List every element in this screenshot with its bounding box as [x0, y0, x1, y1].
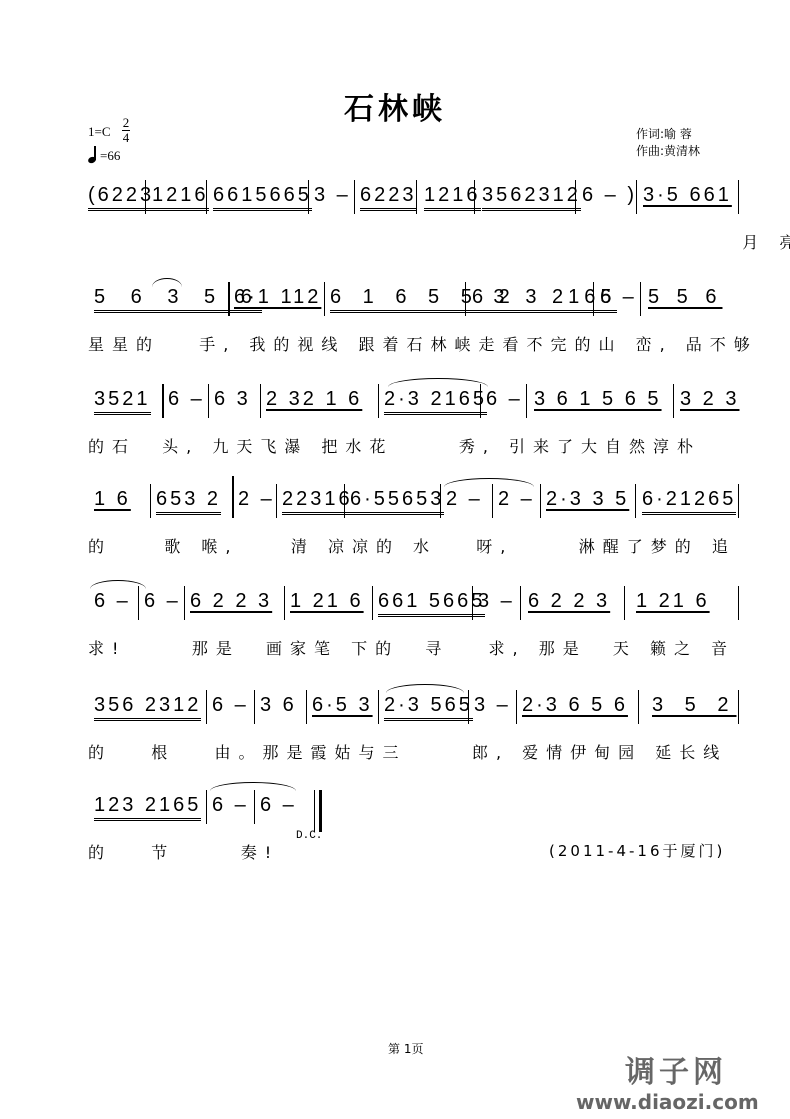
- measure: 1216: [424, 184, 481, 211]
- barline: [138, 586, 139, 620]
- measure: 123 2165: [94, 794, 201, 821]
- measure: 6 2 3 2165: [472, 286, 617, 313]
- time-signature: 2 4: [122, 116, 130, 145]
- barline: [308, 180, 309, 214]
- barline: [465, 282, 466, 316]
- barline: [640, 282, 641, 316]
- barline: [738, 690, 739, 724]
- measure: 3 6: [260, 694, 297, 717]
- measure: 3 –: [314, 184, 351, 207]
- tempo-value: =66: [100, 148, 120, 164]
- measure: 3 –: [474, 694, 511, 717]
- measure: 3562312: [482, 184, 581, 211]
- barline: [593, 282, 594, 316]
- measure: 2·3 3 5: [546, 488, 629, 511]
- lyrics-line: 的 歌 喉, 清 凉凉的 水 呀, 淋醒了梦的 追: [88, 534, 748, 557]
- measure: 2 –: [446, 488, 483, 511]
- barline: [344, 484, 345, 518]
- measure: 22316: [282, 488, 353, 515]
- measure: 2·3 2165: [384, 388, 487, 415]
- quarter-note-icon: [88, 146, 98, 164]
- tempo-marking: =66: [88, 146, 120, 164]
- barline: [575, 180, 576, 214]
- measure: 6·1 112: [234, 286, 321, 309]
- barline: [260, 384, 261, 418]
- barline: [540, 484, 541, 518]
- measure: 3 6 1 5 6 5: [534, 388, 662, 411]
- key-signature: 1=C: [88, 124, 111, 140]
- watermark-url: www.diaozi.com: [576, 1090, 759, 1114]
- lyrics-line: 月 亮 牵 着: [88, 230, 748, 253]
- notes-line: 1 6 653 2 2 – 22316 6·55653 2 – 2 – 2·3 …: [88, 484, 748, 524]
- measure: 1 21 6: [290, 590, 364, 613]
- lyrics-line: 的 根 由。那是霞姑与三 郎, 爱情伊甸园 延长线: [88, 740, 748, 763]
- measure: 6 –: [94, 590, 131, 613]
- final-barline: [314, 790, 322, 832]
- measure: 6·55653: [350, 488, 444, 515]
- measure: 2 32 1 6: [266, 388, 362, 411]
- barline: [378, 690, 379, 724]
- barline: [440, 484, 441, 518]
- measure: 6·5 3: [312, 694, 373, 717]
- measure: 6 3: [214, 388, 251, 411]
- measure: 6615665: [213, 184, 312, 211]
- measure: 6·21265: [642, 488, 736, 515]
- barline: [638, 690, 639, 724]
- slur: [386, 684, 464, 693]
- barline: [516, 690, 517, 724]
- slur: [388, 378, 488, 387]
- barline: [480, 384, 481, 418]
- barline: [228, 282, 230, 316]
- measure: 1 6: [94, 488, 131, 511]
- notes-line: 123 2165 6 – 6 – D.C.: [88, 790, 748, 830]
- barline: [472, 586, 473, 620]
- measure: 6 –: [144, 590, 181, 613]
- page-number: 第 1页: [388, 1040, 423, 1057]
- lyrics-line: 求! 那是 画家笔 下的 寻 求, 那是 天 籁之 音: [88, 636, 748, 659]
- measure: 356 2312: [94, 694, 201, 721]
- barline: [145, 180, 146, 214]
- watermark-logo: 调子网: [625, 1047, 727, 1091]
- composer: 作曲:黄清林: [636, 143, 700, 160]
- measure: 3 5 2: [652, 694, 736, 717]
- notes-line: 6 – 6 – 6 2 2 3 1 21 6 661 5665 3 – 6 2 …: [88, 586, 748, 626]
- notes-line: 5 6 3 5 6 6·1 112 6 1 6 5 5 3 6 2 3 2165…: [88, 282, 748, 322]
- measure: 3 –: [478, 590, 515, 613]
- time-signature-top: 2: [123, 116, 130, 130]
- notes-line: (6223 1216 6615665 3 – 6223 1216 3562312…: [88, 180, 748, 220]
- notes-line: 356 2312 6 – 3 6 6·5 3 2·3 565 3 – 2·3 6…: [88, 690, 748, 730]
- barline: [738, 180, 739, 214]
- barline: [232, 476, 234, 518]
- barline: [150, 484, 151, 518]
- barline: [636, 180, 637, 214]
- measure: 5 5 6: [648, 286, 722, 309]
- barline: [624, 586, 625, 620]
- measure: 3·5 661: [643, 184, 732, 207]
- measure: 6 –: [212, 794, 249, 817]
- measure: 6 –: [486, 388, 523, 411]
- measure: 2·3 6 5 6: [522, 694, 628, 717]
- measure: 2 –: [498, 488, 535, 511]
- barline: [378, 384, 379, 418]
- measure: 6 –: [600, 286, 637, 309]
- measure: 6 –: [212, 694, 249, 717]
- date-note: (2011-4-16于厦门): [549, 840, 725, 861]
- barline: [276, 484, 277, 518]
- barline: [208, 384, 209, 418]
- slur: [444, 478, 534, 487]
- barline: [324, 282, 325, 316]
- barline: [206, 790, 207, 824]
- barline: [738, 484, 739, 518]
- barline: [492, 484, 493, 518]
- measure: 3 2 3: [680, 388, 739, 411]
- barline: [354, 180, 355, 214]
- measure: 1 21 6: [636, 590, 710, 613]
- lyrics-line: 的石 头, 九天飞瀑 把水花 秀, 引来了大自然淳朴: [88, 434, 748, 457]
- barline: [284, 586, 285, 620]
- measure: 6 2 2 3: [528, 590, 610, 613]
- barline: [254, 790, 255, 824]
- barline: [474, 180, 475, 214]
- barline: [184, 586, 185, 620]
- measure: 3521: [94, 388, 151, 415]
- barline: [254, 690, 255, 724]
- barline: [306, 690, 307, 724]
- credits: 作词:喻 蓉 作曲:黄清林: [636, 126, 700, 160]
- measure: 661 5665: [378, 590, 485, 617]
- barline: [206, 180, 207, 214]
- barline: [673, 384, 674, 418]
- measure: 2 –: [238, 488, 275, 511]
- barline: [416, 180, 417, 214]
- barline: [372, 586, 373, 620]
- measure: 1216: [152, 184, 209, 211]
- barline: [635, 484, 636, 518]
- measure: 6 –: [168, 388, 205, 411]
- measure: 653 2: [156, 488, 221, 515]
- song-title: 石林峡: [0, 84, 790, 128]
- slur: [210, 782, 296, 791]
- barline: [526, 384, 527, 418]
- measure: 6 –: [260, 794, 297, 817]
- barline: [468, 690, 469, 724]
- measure: 6 2 2 3: [190, 590, 272, 613]
- measure: 2·3 565: [384, 694, 473, 721]
- measure: 6223: [360, 184, 417, 211]
- notes-line: 3521 6 – 6 3 2 32 1 6 2·3 2165 6 – 3 6 1…: [88, 384, 748, 424]
- lyrics-line: 星星的 手, 我的视线 跟着石林峡走看不完的山 峦, 品不够: [88, 332, 748, 355]
- barline: [206, 690, 207, 724]
- lyricist: 作词:喻 蓉: [636, 126, 700, 143]
- time-signature-bottom: 4: [123, 131, 130, 145]
- barline: [520, 586, 521, 620]
- measure: 6 – ): [582, 184, 637, 207]
- barline: [162, 384, 164, 418]
- barline: [738, 586, 739, 620]
